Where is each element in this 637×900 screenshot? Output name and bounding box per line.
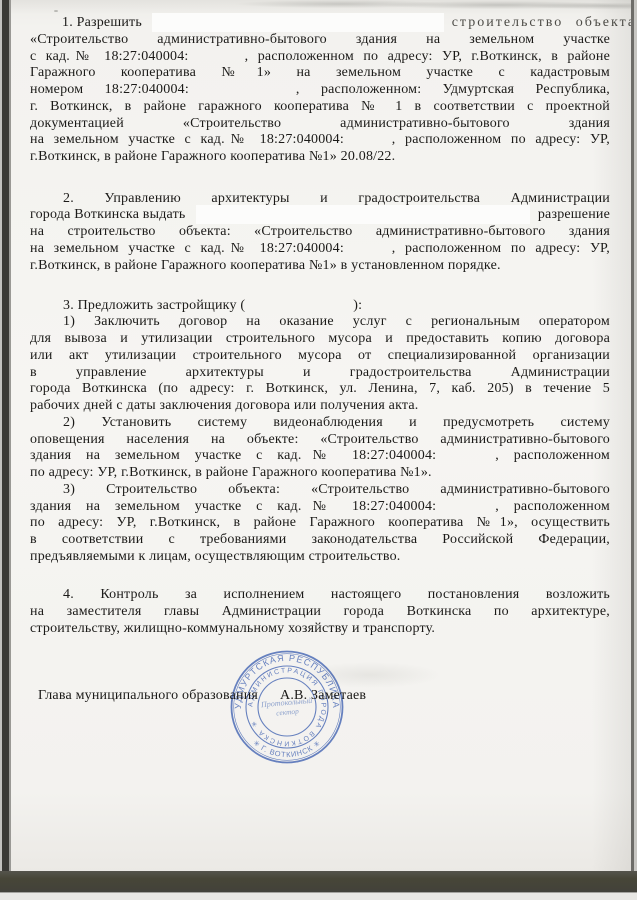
text-line: в управление архитектуры и градостроител…: [30, 365, 610, 382]
paragraph-4-body: 4. Контроль за исполнением настоящего по…: [30, 587, 610, 637]
official-stamp: УДМУРТСКАЯ РЕСПУБЛИКА ✳ Г. ВОТКИНСК ✳ АД…: [229, 649, 345, 765]
paragraph-2-gap-right: разрешение: [538, 207, 610, 224]
text-line: 4. Контроль за исполнением настоящего по…: [30, 587, 610, 604]
text-line: или акт утилизации строительного мусора …: [30, 348, 610, 365]
paragraph-3-body: 1) Заключить договор на оказание услуг с…: [30, 314, 610, 565]
text-line: документацией «Строительство администрат…: [30, 116, 610, 133]
text-line: здания на земельном участке с кад.№ 18:2…: [30, 448, 610, 465]
text-line: по адресу: УР, г.Воткинск, в районе Гара…: [30, 515, 610, 532]
paragraph-1-body: «Строительство административно-бытового …: [30, 32, 610, 166]
paragraph-2-body: на строительство объекта: «Строительство…: [30, 224, 610, 274]
text-line: «Строительство административно-бытового …: [30, 32, 610, 49]
text-line: для вывоза и утилизации строительного му…: [30, 331, 610, 348]
text-line: г.Воткинск, в районе Гаражного кооперати…: [30, 149, 610, 166]
text-line: города Воткинска (по адресу: г. Воткинск…: [30, 381, 610, 398]
item-1-label: 1. Разрешить: [62, 15, 142, 32]
signature-title: Глава муниципального образования: [38, 688, 258, 703]
paragraph-1-tail: строительство объекта:: [452, 15, 637, 32]
text-line: по адресу: УР, г.Воткинск, в районе Гара…: [30, 465, 610, 482]
text-line: 1) Заключить договор на оказание услуг с…: [30, 314, 610, 331]
text-line: предъявляемыми к лицам, осуществляющим с…: [30, 549, 610, 566]
text-line: 2) Установить систему видеонаблюдения и …: [30, 415, 610, 432]
text-line: оповещения населения на объекте: «Строит…: [30, 432, 610, 449]
paragraph-1-first-line: 1. Разрешить строительство объекта:: [30, 15, 637, 32]
text-line: г.Воткинск, в районе Гаражного кооперати…: [30, 258, 610, 275]
paragraph-3-heading-post: ):: [353, 298, 362, 313]
paragraph-3-heading-pre: 3. Предложить застройщику (: [63, 298, 245, 313]
text-line: 3) Строительство объекта: «Строительство…: [30, 482, 610, 499]
text-line: на строительство объекта: «Строительство…: [30, 224, 610, 241]
text-line: здания на земельном участке с кад.№ 18:2…: [30, 499, 610, 516]
text-line: г. Воткинск, в районе гаражного кооперат…: [30, 99, 610, 116]
scan-edge-left: [0, 0, 11, 893]
paragraph-3-heading: 3. Предложить застройщику ():: [30, 298, 637, 315]
scan-band-bottom-light: [0, 892, 637, 900]
text-line: номером 18:27:040004: , расположенном: У…: [30, 82, 610, 99]
redaction-box: [196, 205, 530, 224]
stamp-seal-icon: УДМУРТСКАЯ РЕСПУБЛИКА ✳ Г. ВОТКИНСК ✳ АД…: [229, 649, 345, 765]
text-line: рабочих дней с даты заключения договора …: [30, 398, 610, 415]
text-line: на заместителя главы Администрации город…: [30, 604, 610, 621]
paragraph-2-gap-line: города Воткинска выдать разрешение: [30, 207, 610, 224]
text-line: в соответствии с требованиями законодате…: [30, 532, 610, 549]
text-line: Гаражного кооператива №1» на земельном у…: [30, 65, 610, 82]
text-line: на земельном участке с кад.№ 18:27:04000…: [30, 132, 610, 149]
scan-band-bottom: [0, 871, 637, 893]
text-line: на земельном участке с кад.№ 18:27:04000…: [30, 241, 610, 258]
paragraph-2-gap-left: города Воткинска выдать: [30, 207, 186, 224]
text-line: с кад.№ 18:27:040004: , расположенном по…: [30, 49, 610, 66]
text-line: строительству, жилищно-коммунальному хоз…: [30, 621, 610, 638]
stamp-center-line2: сектор: [276, 706, 300, 717]
redaction-box: [152, 13, 444, 32]
scan-speck: [54, 10, 58, 12]
